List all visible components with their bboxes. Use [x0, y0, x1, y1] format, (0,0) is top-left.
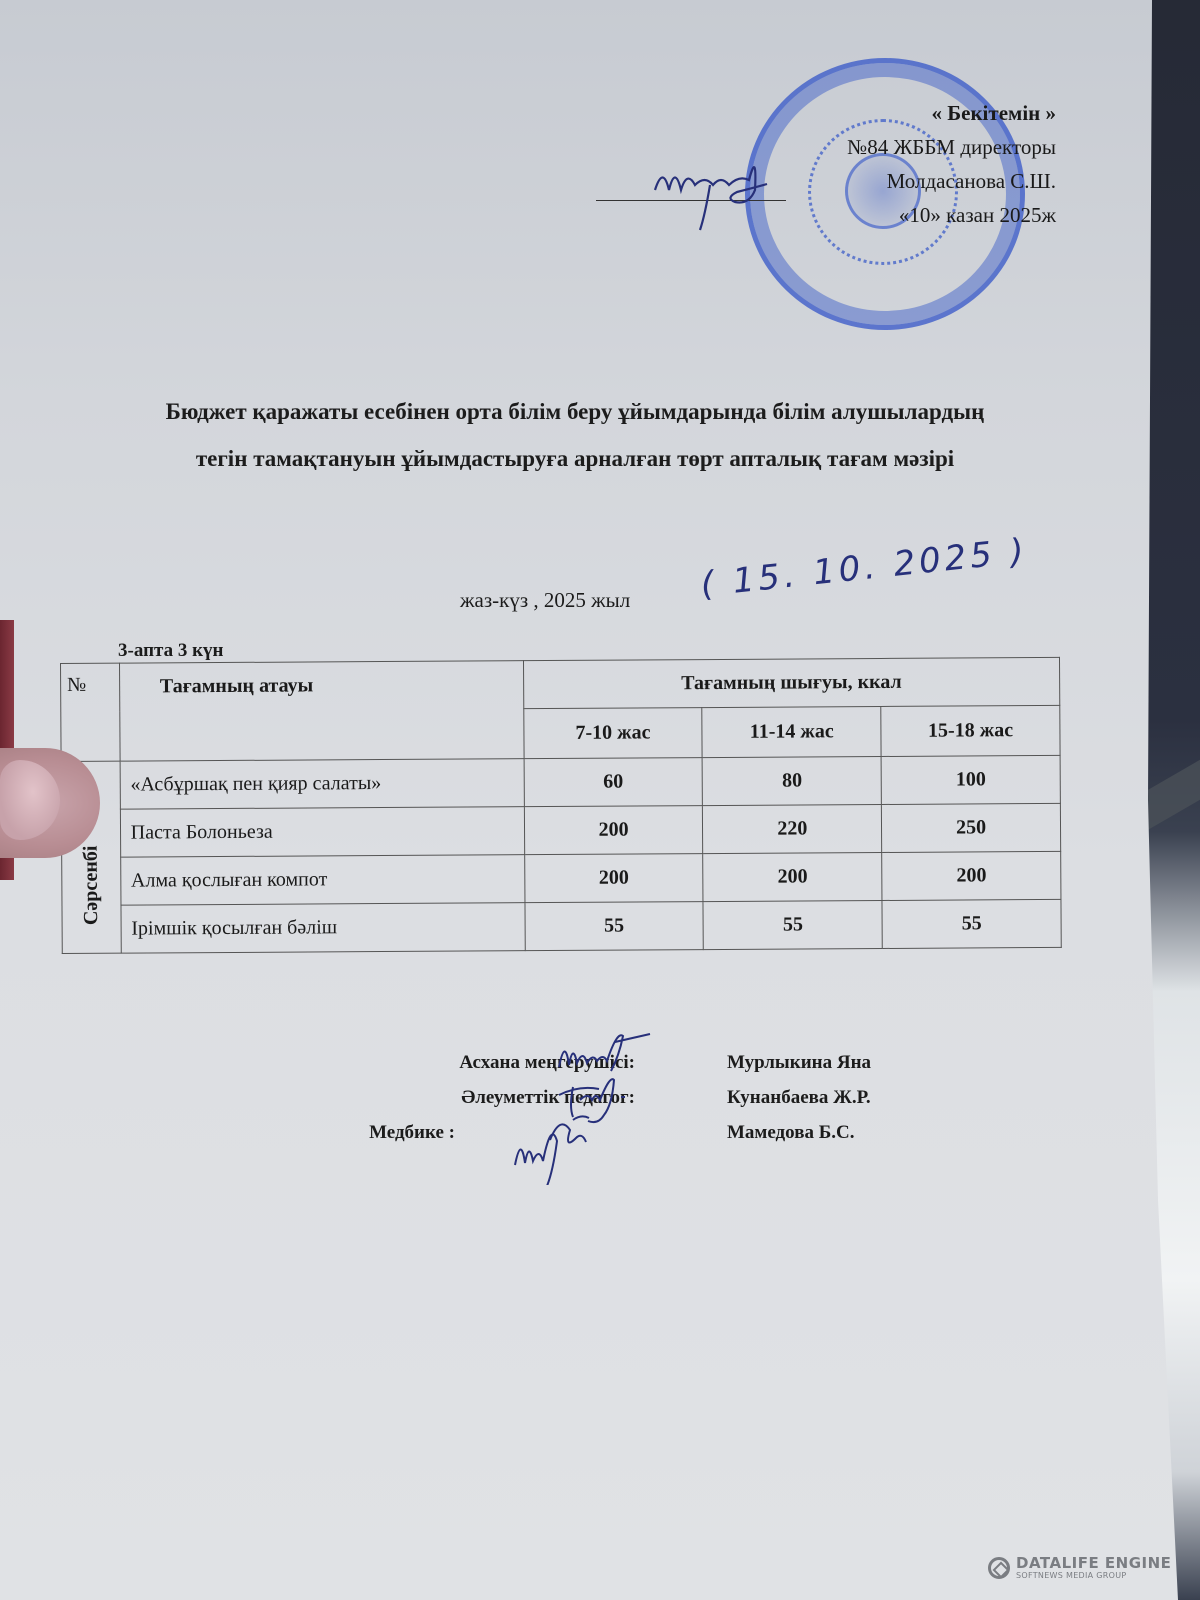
signer-name: Мамедова Б.С.	[727, 1122, 855, 1144]
kcal-value: 250	[882, 803, 1061, 852]
watermark-sub: SOFTNEWS MEDIA GROUP	[1016, 1571, 1171, 1581]
kcal-value: 200	[882, 851, 1061, 900]
kcal-value: 55	[525, 902, 704, 951]
col-header-age-15-18: 15-18 жас	[881, 705, 1060, 756]
cook-signature-icon	[555, 1032, 655, 1077]
col-header-age-7-10: 7-10 жас	[523, 708, 702, 759]
season-year: жаз-күз , 2025 жыл	[460, 588, 630, 613]
table-row: Ірімшік қосылған бәліш 55 55 55	[62, 899, 1061, 953]
kcal-value: 100	[881, 755, 1060, 804]
approval-director-name: Молдасанова С.Ш.	[847, 164, 1056, 198]
col-header-age-11-14: 11-14 жас	[702, 706, 881, 757]
kcal-value: 55	[703, 900, 882, 949]
nurse-signature-icon	[505, 1110, 605, 1185]
week-day-label: 3-апта 3 күн	[118, 640, 223, 662]
fingernail	[0, 760, 60, 840]
director-signature-icon	[650, 150, 790, 240]
kcal-value: 200	[524, 806, 703, 855]
kcal-value: 200	[703, 852, 882, 901]
table-row: Алма қослыған компот 200 200 200	[62, 851, 1061, 905]
dish-name: Ірімшік қосылған бәліш	[121, 903, 525, 953]
approval-position: №84 ЖББМ директоры	[847, 130, 1056, 164]
signer-name: Мурлыкина Яна	[727, 1052, 871, 1074]
col-header-dish-name: Тағамның атауы	[119, 661, 524, 761]
document-title: Бюджет қаражаты есебінен орта білім беру…	[150, 388, 1000, 482]
watermark-main: DATALIFE ENGINE	[1016, 1555, 1171, 1571]
dish-name: Алма қослыған компот	[120, 855, 524, 905]
dish-name: Паста Болоньеза	[120, 807, 524, 857]
kcal-value: 200	[524, 854, 703, 903]
dish-name: «Асбұршақ пен қияр салаты»	[120, 759, 524, 809]
kcal-value: 80	[703, 756, 882, 805]
kcal-value: 220	[703, 804, 882, 853]
kcal-value: 55	[882, 899, 1061, 948]
col-header-output: Тағамның шығуы, ккал	[523, 657, 1060, 708]
watermark: DATALIFE ENGINE SOFTNEWS MEDIA GROUP	[988, 1555, 1171, 1581]
col-header-number: №	[61, 663, 120, 761]
signer-role: Медбике :	[325, 1122, 455, 1144]
table-row: Паста Болоньеза 200 220 250	[61, 803, 1060, 857]
table-row: Сәрсенбі «Асбұршақ пен қияр салаты» 60 8…	[61, 755, 1060, 809]
approval-date: «10» казан 2025ж	[847, 198, 1056, 232]
datalife-logo-icon	[988, 1557, 1010, 1579]
day-label: Сәрсенбі	[79, 825, 103, 945]
approval-title: « Бекітемін »	[847, 96, 1056, 130]
menu-table: № Тағамның атауы Тағамның шығуы, ккал 7-…	[60, 657, 1062, 954]
approval-block: « Бекітемін » №84 ЖББМ директоры Молдаса…	[847, 96, 1056, 232]
signer-name: Кунанбаева Ж.Р.	[727, 1087, 871, 1109]
kcal-value: 60	[524, 758, 703, 807]
